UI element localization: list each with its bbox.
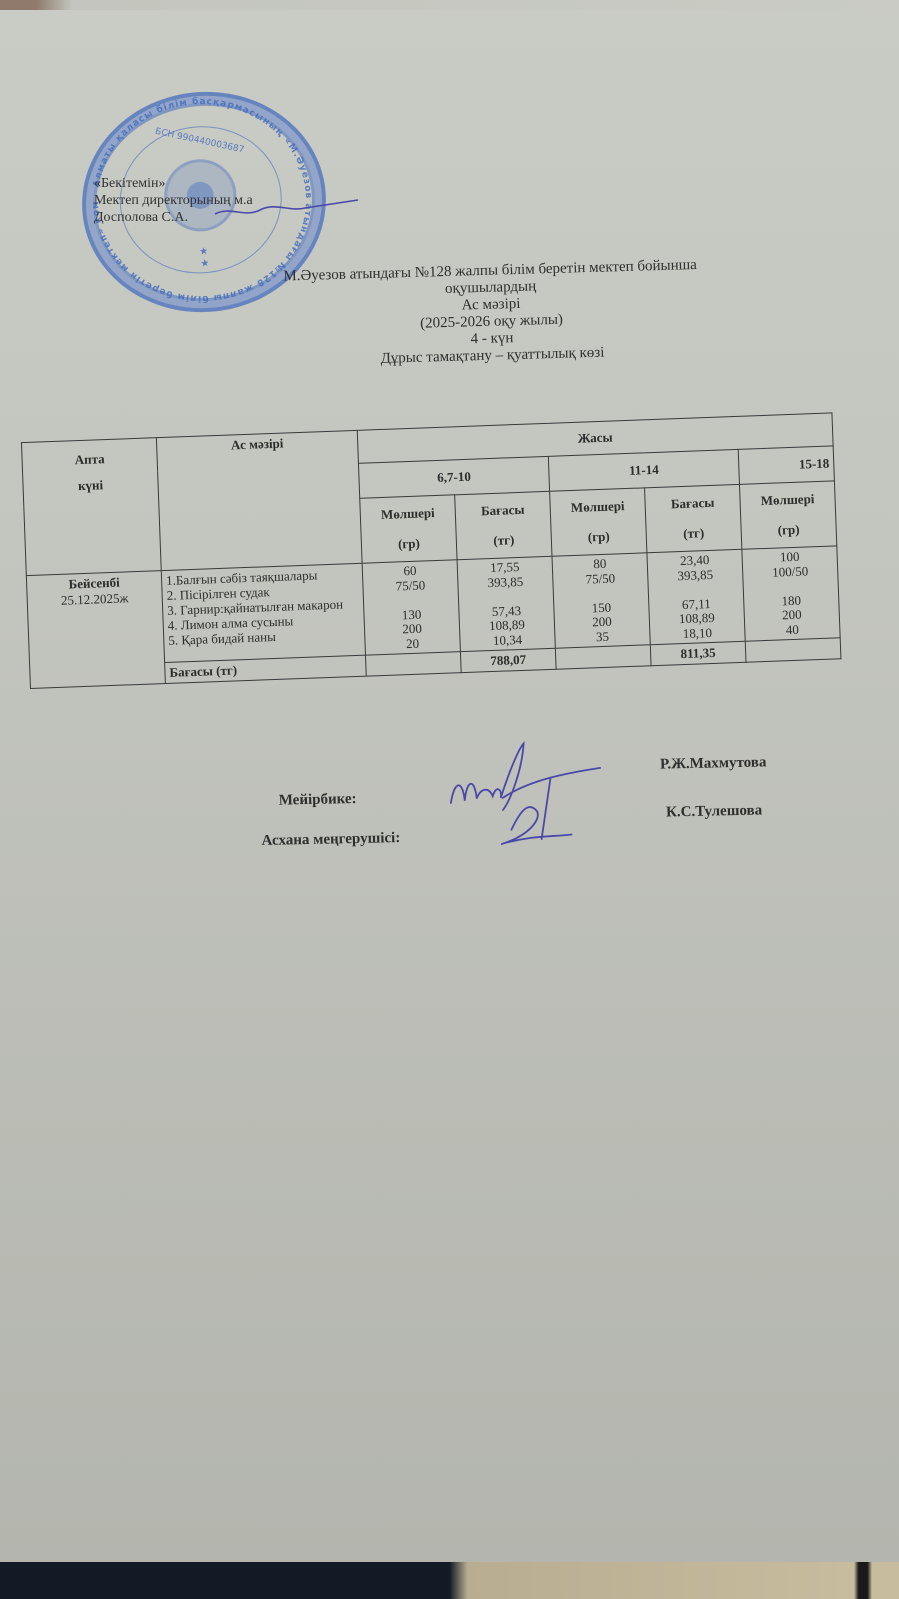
total-quantity-1 (365, 652, 461, 676)
total-price-3 (745, 638, 841, 662)
header-quantity-2: Мөлшері(гр) (550, 488, 647, 556)
quantity-column-2: 8075/50 15020035 (552, 553, 650, 648)
nurse-role: Мейірбике: (279, 791, 357, 810)
handwritten-signatures (440, 738, 612, 852)
canteen-manager-name: К.С.Тулешова (666, 802, 762, 821)
total-price-1: 788,07 (460, 648, 556, 672)
header-quantity-3: Мөлшері(гр) (739, 481, 836, 549)
approval-title: «Бекітемін» (94, 175, 253, 192)
menu-table-wrapper: Апта күні Ас мәзірі Жасы 6,7-10 11-14 15… (21, 409, 899, 689)
quantity-column-3: 100100/50 18020040 (742, 546, 840, 641)
header-week-day: Апта күні (21, 438, 161, 576)
header-day-line2: күні (27, 470, 154, 501)
day-date: 25.12.2025ж (32, 589, 159, 610)
price-column-2: 23,40393,85 67,11108,8918,10 (647, 549, 745, 644)
menu-items-cell: 1.Балғын сәбіз таяқшалары 2. Пісірілген … (161, 563, 365, 662)
header-price-2: Бағасы(тг) (645, 484, 742, 552)
quantity-column-1: 6075/50 13020020 (362, 560, 460, 655)
total-quantity-2 (555, 645, 651, 669)
document-title-block: М.Әуезов атындағы №128 жалпы білім берет… (230, 255, 753, 371)
header-age-15-18: 15-18 (738, 446, 834, 484)
director-signature (210, 198, 360, 220)
price-column-1: 17,55393,85 57,43108,8910,34 (457, 556, 555, 651)
nurse-name: Р.Ж.Махмутова (660, 754, 767, 773)
menu-table: Апта күні Ас мәзірі Жасы 6,7-10 11-14 15… (21, 412, 842, 689)
canteen-manager-role: Асхана меңгерушісі: (261, 830, 400, 850)
header-quantity-1: Мөлшері(гр) (360, 495, 457, 563)
day-cell: Бейсенбі 25.12.2025ж (26, 571, 165, 689)
total-price-2: 811,35 (650, 641, 746, 665)
header-menu: Ас мәзірі (156, 430, 362, 570)
signatures-block: Мейірбике: Асхана меңгерушісі: Р.Ж.Махму… (260, 752, 862, 855)
header-price-1: Бағасы(тг) (455, 491, 552, 559)
desk-background (0, 1562, 899, 1599)
